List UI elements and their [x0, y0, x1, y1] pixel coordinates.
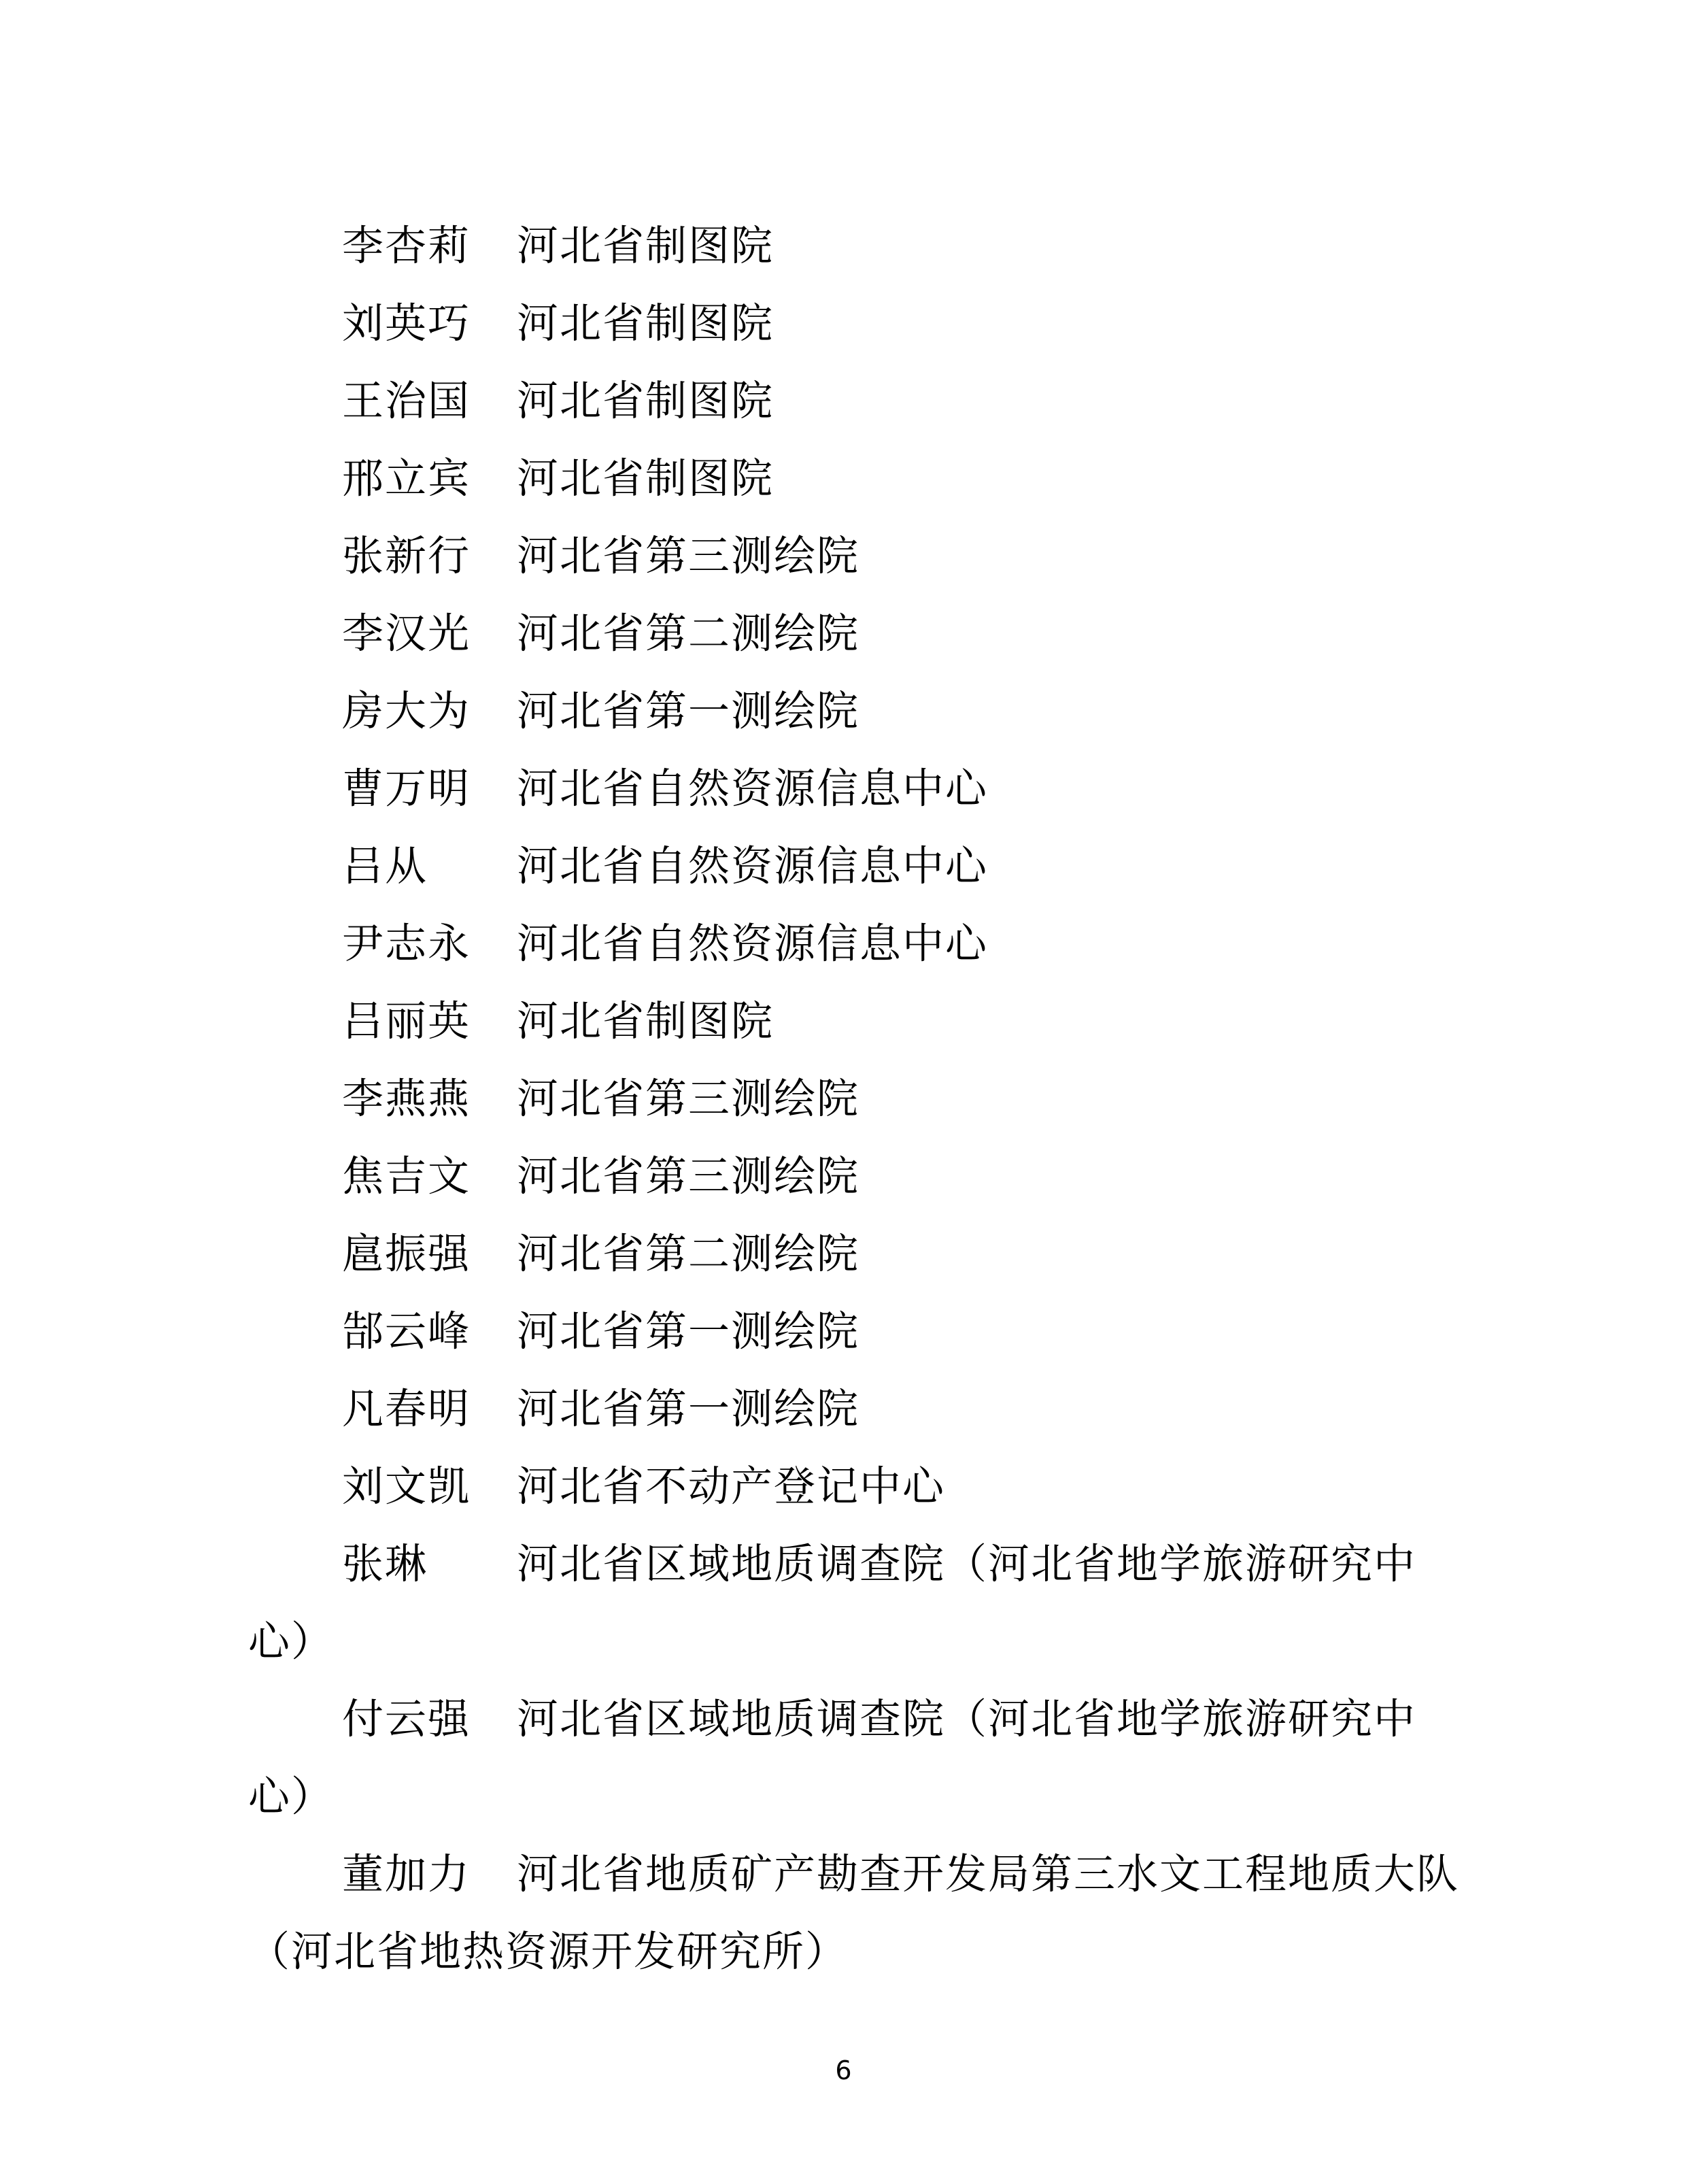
person-name: 王治国: [342, 363, 517, 440]
person-name: 曹万明: [342, 750, 517, 828]
organization-name: 河北省自然资源信息中心: [517, 842, 988, 890]
person-name: 付云强: [342, 1681, 517, 1758]
organization-name: 河北省第一测绘院: [517, 1385, 859, 1433]
roster-entry: 李汉光河北省第二测绘院: [248, 595, 1472, 673]
roster-entry: 吕丽英河北省制图院: [248, 983, 1472, 1060]
organization-name: 河北省第一测绘院: [517, 687, 859, 735]
person-name: 房大为: [342, 673, 517, 750]
person-name: 刘英巧: [342, 285, 517, 363]
roster-entry: 吕从河北省自然资源信息中心: [248, 828, 1472, 905]
organization-name: 河北省第一测绘院: [517, 1307, 859, 1356]
roster-entry: 邢立宾河北省制图院: [248, 440, 1472, 518]
roster-entry: 扈振强河北省第二测绘院: [248, 1215, 1472, 1293]
organization-name: 河北省制图院: [517, 997, 774, 1045]
organization-name: 河北省第二测绘院: [517, 1230, 859, 1278]
person-name: 扈振强: [342, 1215, 517, 1293]
roster-entry: 张琳河北省区域地质调查院（河北省地学旅游研究中心）: [248, 1526, 1472, 1681]
roster-entry: 李杏莉河北省制图院: [248, 207, 1472, 285]
roster-entry: 刘文凯河北省不动产登记中心: [248, 1448, 1472, 1526]
organization-name: 河北省第三测绘院: [517, 532, 859, 580]
person-name: 李杏莉: [342, 207, 517, 285]
person-name: 董加力: [342, 1836, 517, 1913]
person-name: 李汉光: [342, 595, 517, 673]
roster-entry: 刘英巧河北省制图院: [248, 285, 1472, 363]
organization-name: 河北省制图院: [517, 377, 774, 425]
roster-entry: 尹志永河北省自然资源信息中心: [248, 905, 1472, 983]
roster-entry: 焦吉文河北省第三测绘院: [248, 1138, 1472, 1215]
document-page: 李杏莉河北省制图院 刘英巧河北省制图院 王治国河北省制图院 邢立宾河北省制图院 …: [0, 0, 1687, 2184]
person-name: 吕从: [342, 828, 517, 905]
person-name: 邢立宾: [342, 440, 517, 518]
organization-name: 河北省自然资源信息中心: [517, 765, 988, 813]
roster-entry: 董加力河北省地质矿产勘查开发局第三水文工程地质大队（河北省地热资源开发研究所）: [248, 1836, 1472, 1991]
roster-entry: 凡春明河北省第一测绘院: [248, 1371, 1472, 1448]
personnel-roster: 李杏莉河北省制图院 刘英巧河北省制图院 王治国河北省制图院 邢立宾河北省制图院 …: [248, 207, 1472, 1991]
page-number: 6: [0, 2055, 1687, 2085]
person-name: 张琳: [342, 1526, 517, 1603]
person-name: 尹志永: [342, 905, 517, 983]
organization-name: 河北省不动产登记中心: [517, 1462, 945, 1511]
organization-name: 河北省自然资源信息中心: [517, 920, 988, 968]
organization-name: 河北省制图院: [517, 222, 774, 270]
person-name: 吕丽英: [342, 983, 517, 1060]
organization-name: 河北省第二测绘院: [517, 609, 859, 658]
person-name: 焦吉文: [342, 1138, 517, 1215]
person-name: 张新行: [342, 518, 517, 595]
organization-name: 河北省制图院: [517, 299, 774, 348]
roster-entry: 王治国河北省制图院: [248, 363, 1472, 440]
organization-name: 河北省制图院: [517, 454, 774, 503]
organization-name: 河北省第三测绘院: [517, 1075, 859, 1123]
roster-entry: 李燕燕河北省第三测绘院: [248, 1060, 1472, 1138]
roster-entry: 房大为河北省第一测绘院: [248, 673, 1472, 750]
person-name: 郜云峰: [342, 1293, 517, 1371]
person-name: 凡春明: [342, 1371, 517, 1448]
roster-entry: 付云强河北省区域地质调查院（河北省地学旅游研究中心）: [248, 1681, 1472, 1836]
person-name: 刘文凯: [342, 1448, 517, 1526]
roster-entry: 曹万明河北省自然资源信息中心: [248, 750, 1472, 828]
organization-name: 河北省第三测绘院: [517, 1152, 859, 1200]
person-name: 李燕燕: [342, 1060, 517, 1138]
roster-entry: 郜云峰河北省第一测绘院: [248, 1293, 1472, 1371]
roster-entry: 张新行河北省第三测绘院: [248, 518, 1472, 595]
